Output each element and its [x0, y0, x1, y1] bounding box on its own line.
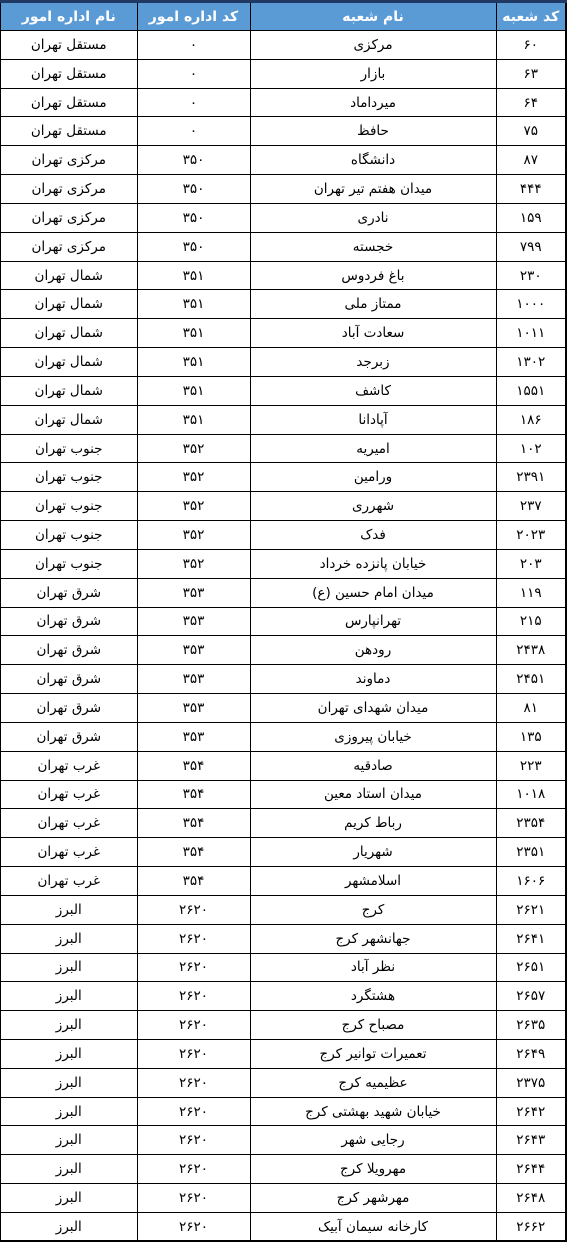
cell-office-code: ۳۵۲ [137, 521, 250, 550]
cell-office-code: ۳۵۰ [137, 203, 250, 232]
table-row: ۲۱۵تهرانپارس۳۵۳شرق تهران [0, 607, 566, 636]
cell-office-name: شمال تهران [0, 405, 137, 434]
cell-branch-name: کارخانه سیمان آبیک [250, 1212, 496, 1241]
table-row: ۱۶۰۶اسلامشهر۳۵۴غرب تهران [0, 867, 566, 896]
cell-office-code: ۳۵۳ [137, 694, 250, 723]
cell-branch-name: مهرشهر کرج [250, 1184, 496, 1213]
cell-office-name: جنوب تهران [0, 463, 137, 492]
cell-branch-code: ۱۵۵۱ [496, 376, 566, 405]
cell-branch-name: هشتگرد [250, 982, 496, 1011]
cell-branch-code: ۲۶۳۵ [496, 1011, 566, 1040]
table-row: ۲۴۳۸رودهن۳۵۳شرق تهران [0, 636, 566, 665]
cell-office-name: غرب تهران [0, 780, 137, 809]
cell-office-name: شرق تهران [0, 694, 137, 723]
cell-office-code: ۳۵۳ [137, 578, 250, 607]
cell-branch-name: نظر آباد [250, 953, 496, 982]
header-office-code: کد اداره امور [137, 2, 250, 31]
cell-office-code: ۳۵۳ [137, 665, 250, 694]
cell-branch-name: مهرویلا کرج [250, 1155, 496, 1184]
cell-office-name: جنوب تهران [0, 492, 137, 521]
cell-office-code: ۳۵۰ [137, 232, 250, 261]
table-row: ۲۰۲۳فدک۳۵۲جنوب تهران [0, 521, 566, 550]
cell-office-code: ۲۶۲۰ [137, 1155, 250, 1184]
table-row: ۲۶۴۱جهانشهر کرج۲۶۲۰البرز [0, 924, 566, 953]
cell-branch-name: رباط کریم [250, 809, 496, 838]
cell-branch-code: ۲۶۴۴ [496, 1155, 566, 1184]
table-row: ۲۳۷شهرری۳۵۲جنوب تهران [0, 492, 566, 521]
cell-branch-name: میدان شهدای تهران [250, 694, 496, 723]
table-row: ۲۶۴۲خیابان شهید بهشتی کرج۲۶۲۰البرز [0, 1097, 566, 1126]
table-row: ۱۵۵۱کاشف۳۵۱شمال تهران [0, 376, 566, 405]
cell-branch-code: ۲۲۳ [496, 751, 566, 780]
cell-office-code: ۲۶۲۰ [137, 924, 250, 953]
cell-branch-name: کاشف [250, 376, 496, 405]
cell-office-code: ۰ [137, 117, 250, 146]
cell-office-name: غرب تهران [0, 809, 137, 838]
cell-branch-code: ۱۰۱۸ [496, 780, 566, 809]
table-row: ۲۶۴۸مهرشهر کرج۲۶۲۰البرز [0, 1184, 566, 1213]
cell-branch-code: ۸۷ [496, 146, 566, 175]
table-row: ۴۴۴میدان هفتم تیر تهران۳۵۰مرکزی تهران [0, 175, 566, 204]
cell-office-name: شرق تهران [0, 665, 137, 694]
cell-office-code: ۳۵۴ [137, 751, 250, 780]
cell-branch-code: ۲۴۵۱ [496, 665, 566, 694]
table-row: ۱۱۹میدان امام حسین (ع)۳۵۳شرق تهران [0, 578, 566, 607]
cell-branch-name: آپادانا [250, 405, 496, 434]
cell-branch-code: ۱۰۱۱ [496, 319, 566, 348]
cell-branch-name: شهریار [250, 838, 496, 867]
table-row: ۸۱میدان شهدای تهران۳۵۳شرق تهران [0, 694, 566, 723]
cell-office-name: البرز [0, 924, 137, 953]
cell-branch-name: امیریه [250, 434, 496, 463]
cell-branch-name: میرداماد [250, 88, 496, 117]
cell-branch-code: ۷۵ [496, 117, 566, 146]
cell-branch-code: ۱۸۶ [496, 405, 566, 434]
cell-office-code: ۳۵۲ [137, 463, 250, 492]
table-row: ۲۲۳صادقیه۳۵۴غرب تهران [0, 751, 566, 780]
cell-office-code: ۳۵۴ [137, 809, 250, 838]
cell-office-code: ۳۵۲ [137, 434, 250, 463]
table-row: ۲۶۴۳رجایی شهر۲۶۲۰البرز [0, 1126, 566, 1155]
cell-office-name: البرز [0, 1126, 137, 1155]
cell-branch-name: زبرجد [250, 348, 496, 377]
header-office-name: نام اداره امور [0, 2, 137, 31]
cell-branch-name: رودهن [250, 636, 496, 665]
cell-branch-code: ۲۳۹۱ [496, 463, 566, 492]
table-row: ۶۳بازار۰مستقل تهران [0, 59, 566, 88]
cell-branch-name: جهانشهر کرج [250, 924, 496, 953]
cell-branch-name: ورامین [250, 463, 496, 492]
cell-office-name: شرق تهران [0, 607, 137, 636]
cell-branch-name: کرج [250, 895, 496, 924]
cell-office-name: شمال تهران [0, 319, 137, 348]
cell-office-name: البرز [0, 1155, 137, 1184]
cell-office-code: ۲۶۲۰ [137, 1097, 250, 1126]
cell-branch-code: ۱۱۹ [496, 578, 566, 607]
cell-office-code: ۳۵۳ [137, 722, 250, 751]
table-row: ۲۶۵۱نظر آباد۲۶۲۰البرز [0, 953, 566, 982]
cell-branch-code: ۱۰۰۰ [496, 290, 566, 319]
table-row: ۱۳۵خیابان پیروزی۳۵۳شرق تهران [0, 722, 566, 751]
cell-office-code: ۳۵۳ [137, 636, 250, 665]
cell-branch-code: ۶۳ [496, 59, 566, 88]
header-row: کد شعبه نام شعبه کد اداره امور نام اداره… [0, 2, 566, 31]
cell-office-code: ۳۵۴ [137, 780, 250, 809]
cell-branch-code: ۲۶۵۱ [496, 953, 566, 982]
cell-office-name: غرب تهران [0, 867, 137, 896]
table-row: ۲۳۵۱شهریار۳۵۴غرب تهران [0, 838, 566, 867]
cell-branch-name: میدان استاد معین [250, 780, 496, 809]
cell-branch-code: ۲۶۴۸ [496, 1184, 566, 1213]
cell-branch-name: خیابان پانزده خرداد [250, 549, 496, 578]
table-row: ۲۳۵۴رباط کریم۳۵۴غرب تهران [0, 809, 566, 838]
cell-branch-name: بازار [250, 59, 496, 88]
cell-branch-name: میدان هفتم تیر تهران [250, 175, 496, 204]
table-row: ۲۳۷۵عظیمیه کرج۲۶۲۰البرز [0, 1068, 566, 1097]
table-row: ۱۰۰۰ممتاز ملی۳۵۱شمال تهران [0, 290, 566, 319]
cell-office-code: ۳۵۱ [137, 405, 250, 434]
cell-office-name: شمال تهران [0, 261, 137, 290]
cell-branch-name: خیابان پیروزی [250, 722, 496, 751]
cell-branch-code: ۱۵۹ [496, 203, 566, 232]
cell-branch-name: نادری [250, 203, 496, 232]
cell-branch-code: ۴۴۴ [496, 175, 566, 204]
cell-office-code: ۲۶۲۰ [137, 953, 250, 982]
cell-branch-name: باغ فردوس [250, 261, 496, 290]
branch-table-page: کد شعبه نام شعبه کد اداره امور نام اداره… [0, 0, 567, 1246]
cell-office-code: ۲۶۲۰ [137, 1126, 250, 1155]
table-row: ۱۳۰۲زبرجد۳۵۱شمال تهران [0, 348, 566, 377]
cell-branch-code: ۲۱۵ [496, 607, 566, 636]
cell-branch-name: دماوند [250, 665, 496, 694]
cell-branch-code: ۲۳۵۴ [496, 809, 566, 838]
cell-office-name: البرز [0, 982, 137, 1011]
cell-office-name: جنوب تهران [0, 434, 137, 463]
cell-branch-code: ۲۳۰ [496, 261, 566, 290]
cell-office-code: ۳۵۴ [137, 867, 250, 896]
cell-branch-code: ۲۶۵۷ [496, 982, 566, 1011]
cell-office-code: ۳۵۱ [137, 348, 250, 377]
cell-office-name: غرب تهران [0, 751, 137, 780]
cell-branch-code: ۲۶۴۲ [496, 1097, 566, 1126]
cell-branch-code: ۲۶۴۳ [496, 1126, 566, 1155]
cell-office-name: البرز [0, 1097, 137, 1126]
cell-branch-name: خجسته [250, 232, 496, 261]
cell-office-code: ۳۵۱ [137, 261, 250, 290]
table-row: ۲۶۵۷هشتگرد۲۶۲۰البرز [0, 982, 566, 1011]
table-row: ۲۶۲۱کرج۲۶۲۰البرز [0, 895, 566, 924]
table-row: ۲۰۳خیابان پانزده خرداد۳۵۲جنوب تهران [0, 549, 566, 578]
cell-office-name: مستقل تهران [0, 117, 137, 146]
cell-office-code: ۲۶۲۰ [137, 895, 250, 924]
table-row: ۱۰۲امیریه۳۵۲جنوب تهران [0, 434, 566, 463]
cell-office-name: شمال تهران [0, 348, 137, 377]
cell-branch-code: ۶۴ [496, 88, 566, 117]
cell-office-code: ۳۵۳ [137, 607, 250, 636]
cell-office-name: شمال تهران [0, 290, 137, 319]
cell-branch-code: ۲۴۳۸ [496, 636, 566, 665]
cell-office-name: مرکزی تهران [0, 175, 137, 204]
cell-branch-name: دانشگاه [250, 146, 496, 175]
cell-office-name: البرز [0, 1184, 137, 1213]
cell-office-name: شرق تهران [0, 722, 137, 751]
cell-branch-code: ۷۹۹ [496, 232, 566, 261]
cell-office-code: ۳۵۰ [137, 175, 250, 204]
cell-office-code: ۰ [137, 59, 250, 88]
cell-office-code: ۲۶۲۰ [137, 1011, 250, 1040]
cell-branch-code: ۲۳۷ [496, 492, 566, 521]
cell-branch-code: ۱۶۰۶ [496, 867, 566, 896]
cell-office-name: شرق تهران [0, 578, 137, 607]
cell-branch-name: خیابان شهید بهشتی کرج [250, 1097, 496, 1126]
cell-branch-code: ۶۰ [496, 31, 566, 60]
cell-office-name: البرز [0, 953, 137, 982]
cell-branch-code: ۲۶۴۹ [496, 1039, 566, 1068]
table-row: ۱۵۹نادری۳۵۰مرکزی تهران [0, 203, 566, 232]
table-row: ۱۰۱۸میدان استاد معین۳۵۴غرب تهران [0, 780, 566, 809]
cell-office-name: جنوب تهران [0, 549, 137, 578]
cell-branch-name: اسلامشهر [250, 867, 496, 896]
cell-office-code: ۲۶۲۰ [137, 1184, 250, 1213]
cell-branch-name: عظیمیه کرج [250, 1068, 496, 1097]
table-row: ۷۵حافظ۰مستقل تهران [0, 117, 566, 146]
cell-branch-code: ۲۳۷۵ [496, 1068, 566, 1097]
table-row: ۲۶۶۲کارخانه سیمان آبیک۲۶۲۰البرز [0, 1212, 566, 1241]
header-branch-code: کد شعبه [496, 2, 566, 31]
cell-office-name: البرز [0, 1039, 137, 1068]
cell-branch-code: ۲۰۲۳ [496, 521, 566, 550]
cell-office-code: ۳۵۴ [137, 838, 250, 867]
cell-office-code: ۳۵۱ [137, 319, 250, 348]
cell-office-code: ۳۵۰ [137, 146, 250, 175]
cell-office-name: مرکزی تهران [0, 232, 137, 261]
cell-branch-name: صادقیه [250, 751, 496, 780]
cell-branch-code: ۲۶۶۲ [496, 1212, 566, 1241]
cell-office-name: جنوب تهران [0, 521, 137, 550]
cell-office-code: ۳۵۲ [137, 549, 250, 578]
cell-office-name: غرب تهران [0, 838, 137, 867]
table-row: ۱۰۱۱سعادت آباد۳۵۱شمال تهران [0, 319, 566, 348]
cell-office-code: ۲۶۲۰ [137, 982, 250, 1011]
cell-office-code: ۳۵۱ [137, 376, 250, 405]
cell-office-name: البرز [0, 895, 137, 924]
cell-branch-code: ۲۶۴۱ [496, 924, 566, 953]
cell-office-name: شمال تهران [0, 376, 137, 405]
branch-directory-table: کد شعبه نام شعبه کد اداره امور نام اداره… [0, 0, 567, 1242]
cell-office-name: البرز [0, 1068, 137, 1097]
cell-office-code: ۰ [137, 31, 250, 60]
cell-office-code: ۳۵۱ [137, 290, 250, 319]
header-branch-name: نام شعبه [250, 2, 496, 31]
table-row: ۲۳۰باغ فردوس۳۵۱شمال تهران [0, 261, 566, 290]
cell-office-name: مرکزی تهران [0, 203, 137, 232]
cell-branch-name: فدک [250, 521, 496, 550]
cell-branch-name: تهرانپارس [250, 607, 496, 636]
cell-office-name: مستقل تهران [0, 31, 137, 60]
cell-office-code: ۰ [137, 88, 250, 117]
table-header: کد شعبه نام شعبه کد اداره امور نام اداره… [0, 2, 566, 31]
cell-branch-name: رجایی شهر [250, 1126, 496, 1155]
cell-branch-name: ممتاز ملی [250, 290, 496, 319]
cell-branch-name: میدان امام حسین (ع) [250, 578, 496, 607]
table-row: ۲۳۹۱ورامین۳۵۲جنوب تهران [0, 463, 566, 492]
cell-office-code: ۲۶۲۰ [137, 1212, 250, 1241]
table-row: ۸۷دانشگاه۳۵۰مرکزی تهران [0, 146, 566, 175]
table-row: ۲۶۳۵مصباح کرج۲۶۲۰البرز [0, 1011, 566, 1040]
cell-office-name: البرز [0, 1011, 137, 1040]
cell-branch-name: مصباح کرج [250, 1011, 496, 1040]
cell-branch-code: ۲۶۲۱ [496, 895, 566, 924]
cell-office-name: البرز [0, 1212, 137, 1241]
cell-branch-code: ۲۳۵۱ [496, 838, 566, 867]
cell-office-name: مرکزی تهران [0, 146, 137, 175]
cell-branch-name: مرکزی [250, 31, 496, 60]
cell-branch-code: ۲۰۳ [496, 549, 566, 578]
table-row: ۲۶۴۴مهرویلا کرج۲۶۲۰البرز [0, 1155, 566, 1184]
table-row: ۱۸۶آپادانا۳۵۱شمال تهران [0, 405, 566, 434]
cell-branch-name: سعادت آباد [250, 319, 496, 348]
cell-branch-code: ۱۰۲ [496, 434, 566, 463]
table-row: ۲۴۵۱دماوند۳۵۳شرق تهران [0, 665, 566, 694]
cell-office-code: ۳۵۲ [137, 492, 250, 521]
cell-office-name: مستقل تهران [0, 88, 137, 117]
table-row: ۷۹۹خجسته۳۵۰مرکزی تهران [0, 232, 566, 261]
cell-office-name: مستقل تهران [0, 59, 137, 88]
cell-office-code: ۲۶۲۰ [137, 1068, 250, 1097]
cell-branch-code: ۱۳۵ [496, 722, 566, 751]
table-row: ۶۴میرداماد۰مستقل تهران [0, 88, 566, 117]
table-row: ۲۶۴۹تعمیرات توانیر کرج۲۶۲۰البرز [0, 1039, 566, 1068]
table-row: ۶۰مرکزی۰مستقل تهران [0, 31, 566, 60]
cell-branch-name: شهرری [250, 492, 496, 521]
cell-office-name: شرق تهران [0, 636, 137, 665]
cell-branch-name: حافظ [250, 117, 496, 146]
cell-branch-code: ۸۱ [496, 694, 566, 723]
cell-branch-code: ۱۳۰۲ [496, 348, 566, 377]
cell-branch-name: تعمیرات توانیر کرج [250, 1039, 496, 1068]
cell-office-code: ۲۶۲۰ [137, 1039, 250, 1068]
table-body: ۶۰مرکزی۰مستقل تهران۶۳بازار۰مستقل تهران۶۴… [0, 31, 566, 1242]
